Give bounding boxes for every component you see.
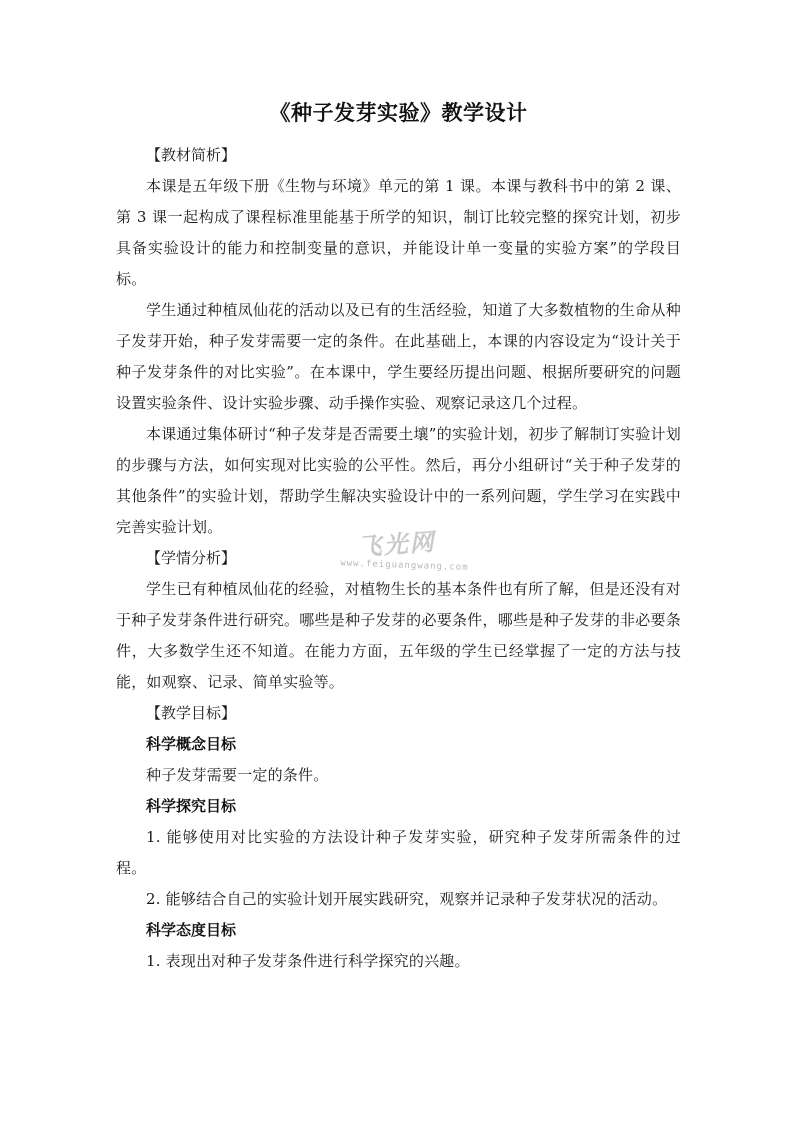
goal-item: 种子发芽需要一定的条件。 <box>116 760 681 791</box>
subheading-inquiry-goal: 科学探究目标 <box>116 791 681 822</box>
paragraph: 学生通过种植凤仙花的活动以及已有的生活经验，知道了大多数植物的生命从种子发芽开始… <box>116 295 681 419</box>
paragraph: 学生已有种植凤仙花的经验，对植物生长的基本条件也有所了解，但是还没有对于种子发芽… <box>116 574 681 698</box>
goal-item: 1. 能够使用对比实验的方法设计种子发芽实验，研究种子发芽所需条件的过程。 <box>116 822 681 884</box>
document-title: 《种子发芽实验》教学设计 <box>116 98 681 128</box>
document-page: 《种子发芽实验》教学设计 【教材简析】 本课是五年级下册《生物与环境》单元的第 … <box>116 98 681 977</box>
section-heading-teaching-goals: 【教学目标】 <box>116 698 681 729</box>
subheading-concept-goal: 科学概念目标 <box>116 729 681 760</box>
section-heading-student-analysis: 【学情分析】 <box>116 543 681 574</box>
subheading-attitude-goal: 科学态度目标 <box>116 915 681 946</box>
goal-item: 2. 能够结合自己的实验计划开展实践研究，观察并记录种子发芽状况的活动。 <box>116 884 681 915</box>
goal-item: 1. 表现出对种子发芽条件进行科学探究的兴趣。 <box>116 946 681 977</box>
paragraph: 本课通过集体研讨“种子发芽是否需要土壤”的实验计划，初步了解制订实验计划的步骤与… <box>116 419 681 543</box>
paragraph: 本课是五年级下册《生物与环境》单元的第 1 课。本课与教科书中的第 2 课、第 … <box>116 171 681 295</box>
section-heading-textbook-analysis: 【教材简析】 <box>116 140 681 171</box>
